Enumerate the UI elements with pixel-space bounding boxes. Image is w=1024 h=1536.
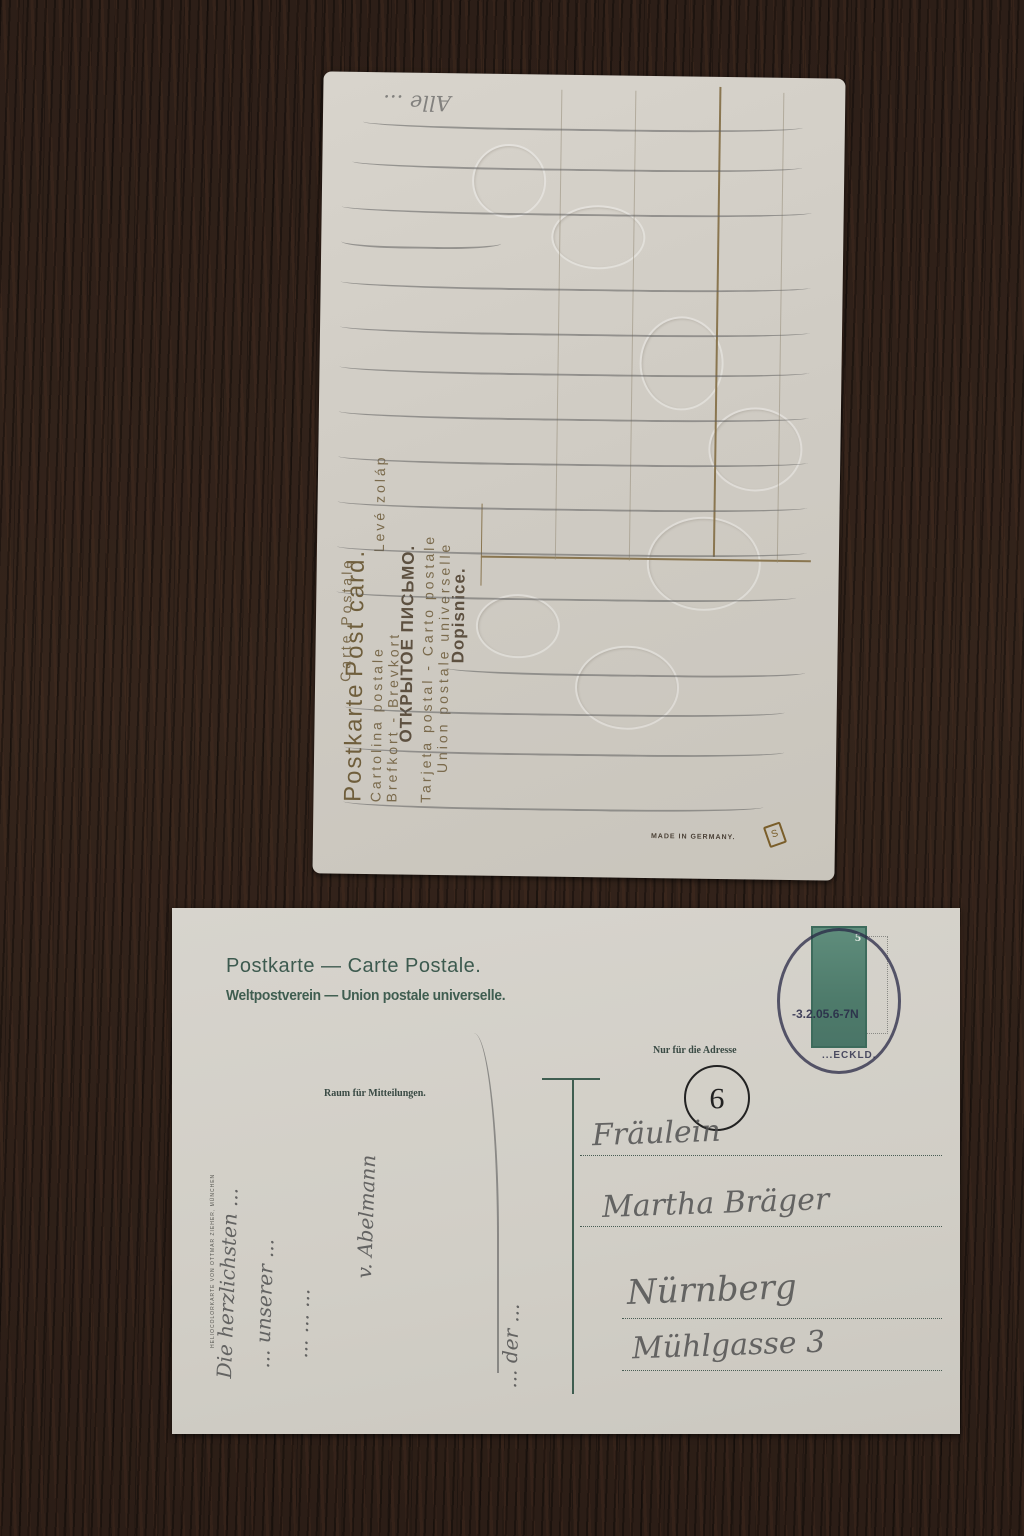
printed-header: Postkarte Post card. Carte Postale Carto… <box>333 222 481 804</box>
message-line: v. Abelmann <box>352 1154 380 1279</box>
postcard-top: Postkarte Post card. Carte Postale Carto… <box>312 71 845 880</box>
postmark-town: ...ECKLD. <box>822 1050 877 1061</box>
divider-top-line <box>542 1078 600 1080</box>
pencil-stroke <box>457 1033 499 1373</box>
header-carte-postale: Carte Postale <box>337 558 355 682</box>
pencil-stroke <box>363 112 803 134</box>
made-in-germany-imprint: MADE IN GERMANY. <box>651 833 736 841</box>
card-subtitle: Weltpostverein — Union postale universel… <box>226 987 505 1004</box>
message-line: ... ... ... <box>288 1288 314 1359</box>
address-street: Mühlgasse 3 <box>631 1325 825 1367</box>
pencil-stroke <box>352 152 802 174</box>
header-russian: ОТКРЫТОЕ ПИСЬМО. <box>396 545 419 743</box>
message-line: ... der ... <box>497 1303 524 1389</box>
address-line-1 <box>580 1155 942 1156</box>
address-city: Nürnberg <box>626 1267 797 1313</box>
address-line-3 <box>622 1318 942 1319</box>
address-recipient-name: Martha Bräger <box>601 1182 829 1225</box>
address-recipient-title: Fräulein <box>591 1114 721 1153</box>
divider-vertical-line <box>572 1078 574 1394</box>
message-line: Die herzlichsten ... <box>212 1187 243 1378</box>
address-line-4 <box>622 1370 942 1371</box>
header-dopisnice: Dopisnice. <box>448 567 469 663</box>
emboss-flower <box>475 594 560 659</box>
emboss-flower <box>574 645 679 730</box>
postcard-bottom: Postkarte — Carte Postale. Weltpostverei… <box>172 908 960 1434</box>
address-line-2 <box>580 1226 942 1227</box>
pencil-stroke <box>342 197 812 220</box>
publisher-logo-icon: S <box>763 821 787 848</box>
address-area-label: Nur für die Adresse <box>653 1045 737 1056</box>
message-area-label: Raum für Mitteilungen. <box>324 1088 426 1099</box>
card-title: Postkarte — Carte Postale. <box>226 955 481 978</box>
postmark-date: -3.2.05.6-7N <box>792 1007 859 1021</box>
handwriting-line: Alle ... <box>383 90 451 115</box>
message-line: ... unserer ... <box>250 1238 279 1368</box>
pencil-stroke <box>343 792 763 814</box>
pencil-stroke <box>445 658 805 679</box>
